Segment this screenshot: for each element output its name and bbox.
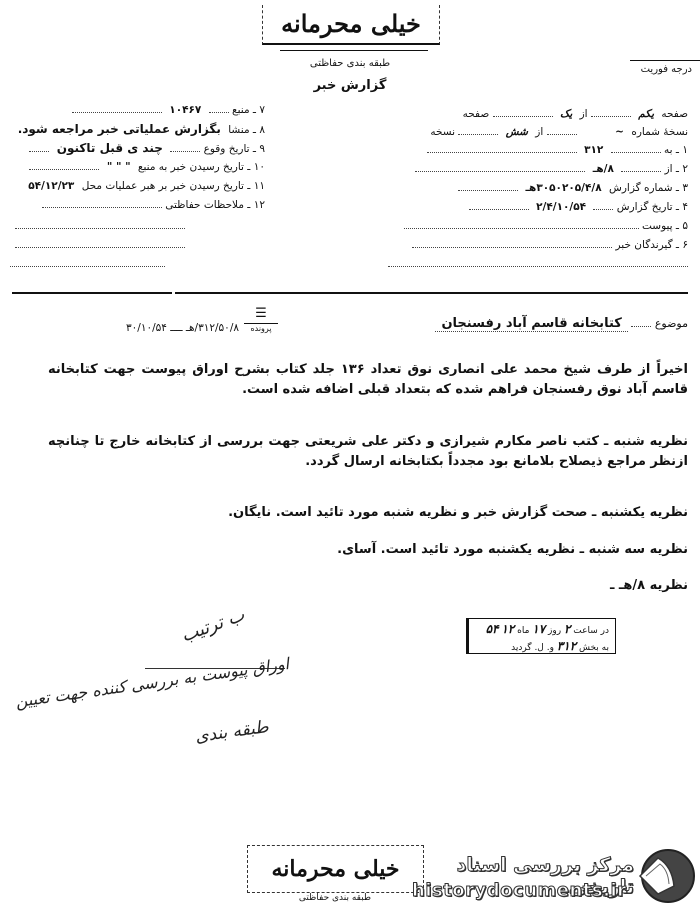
item-num: ۷ bbox=[259, 104, 265, 116]
classification-stamp-bottom: خیلی محرمانه bbox=[247, 845, 424, 893]
item-value: ۱۰۴۶۷ bbox=[165, 104, 205, 116]
dots bbox=[591, 106, 631, 117]
item-label: ملاحظات حفاظتی bbox=[165, 199, 244, 211]
copy-value-scribble: ~ bbox=[580, 124, 628, 140]
subject-label: موضوع bbox=[655, 317, 688, 330]
folder-box: ☰ پرونده bbox=[244, 306, 278, 333]
classification-subtitle-bottom: طبقه بندی حفاظتی bbox=[255, 893, 415, 903]
dots bbox=[458, 124, 498, 135]
item-label: منبع bbox=[232, 104, 250, 116]
folder-label: پرونده bbox=[244, 324, 278, 333]
item-label: تاریخ وقوع bbox=[204, 143, 250, 155]
item-num: ۴ bbox=[682, 201, 688, 213]
body-paragraph-5: نظریه ۸/هـ ـ bbox=[488, 576, 688, 596]
field-blank bbox=[10, 256, 165, 272]
dots bbox=[170, 141, 200, 152]
dots bbox=[611, 142, 661, 153]
item-num: ۱۰ bbox=[254, 161, 265, 173]
item-num: ۱ bbox=[682, 144, 688, 156]
item-num: ۱۱ bbox=[254, 180, 265, 192]
dots bbox=[415, 161, 585, 172]
item-label: منشا bbox=[228, 124, 249, 136]
subject-line: موضوع کتابخانه قاسم آباد رفسنجان bbox=[435, 316, 688, 331]
stamp-line-2: به بخش ۳۱۲ و. ل. گردید bbox=[475, 639, 609, 656]
dots bbox=[404, 218, 639, 229]
page-label: صفحه bbox=[661, 108, 688, 120]
classification-subtitle: طبقه بندی حفاظتی bbox=[270, 58, 430, 69]
dots bbox=[388, 256, 688, 267]
stamp-time-label: در ساعت bbox=[573, 626, 609, 636]
field-item-1: ۱ ـ به ۳۱۲ bbox=[427, 142, 688, 158]
item-value: ۳۱۲ bbox=[580, 144, 607, 156]
item-value: ۵۴/۱۲/۲۳ bbox=[24, 180, 78, 192]
item-value: ۲/۴/۱۰/۵۴ bbox=[532, 201, 590, 213]
page-value: یکم bbox=[634, 108, 658, 120]
field-item-3: ۳ ـ شماره گزارش ۳۰۵۰۲۰۵/۴/۸هـ bbox=[458, 180, 688, 196]
stamp-dept-label: به بخش bbox=[579, 643, 609, 653]
divider-left bbox=[12, 292, 172, 294]
copy-label: نسخهٔ شماره bbox=[631, 126, 688, 138]
field-item-8: ۸ ـ منشا بگزارش عملیاتی خبر مراجعه شود. bbox=[10, 121, 265, 137]
dots bbox=[15, 237, 185, 248]
handwritten-note-bottom: طبقه بندی bbox=[194, 717, 270, 747]
field-item-4: ۴ ـ تاریخ گزارش ۲/۴/۱۰/۵۴ bbox=[469, 199, 688, 215]
item-num: ۲ bbox=[682, 163, 688, 175]
stamp-time-value: ۲ bbox=[564, 622, 570, 636]
item-label: از bbox=[665, 163, 673, 175]
page-of: از bbox=[580, 108, 588, 120]
field-blank bbox=[388, 256, 688, 272]
dots bbox=[72, 102, 162, 113]
item-value: چند ی قبل تاکنون bbox=[53, 141, 167, 155]
dots bbox=[458, 180, 518, 191]
item-num: ۸ bbox=[259, 124, 265, 136]
handwritten-note-main: اوراق پیوست به بررسی کننده جهت تعیین bbox=[30, 654, 290, 709]
item-num: ۱۲ bbox=[254, 199, 265, 211]
dots bbox=[493, 106, 553, 117]
field-item-12: ۱۲ ـ ملاحظات حفاظتی bbox=[10, 197, 265, 213]
dots bbox=[593, 199, 613, 210]
body-paragraph-2: نظریه شنبه ـ کتب ناصر مکارم شیرازی و دکت… bbox=[48, 432, 688, 472]
stamp-line-1: در ساعت ۲ روز ۱۷ ماه ۱۲ ۵۴ bbox=[475, 622, 609, 639]
item-label: به bbox=[664, 144, 673, 156]
item-label: تاریخ گزارش bbox=[617, 201, 673, 213]
item-label: گیرندگان خبر bbox=[616, 239, 673, 251]
field-item-6: ۶ ـ گیرندگان خبر bbox=[412, 237, 688, 253]
item-num: ۵ bbox=[682, 220, 688, 232]
field-item-2: ۲ ـ از ۸/هـ bbox=[415, 161, 688, 177]
dots bbox=[469, 199, 529, 210]
copy-total: شش bbox=[502, 126, 532, 138]
item-label: شماره گزارش bbox=[609, 182, 673, 194]
item-label: پیوست bbox=[642, 220, 673, 232]
page-total: یک bbox=[556, 108, 576, 120]
copy-suffix: نسخه bbox=[430, 126, 455, 138]
dots bbox=[29, 159, 99, 170]
stamp-day-label: روز bbox=[548, 626, 561, 636]
dots bbox=[631, 316, 651, 327]
stamp-day-value: ۱۷ bbox=[532, 622, 545, 636]
watermark-url: historydocuments.ir bbox=[412, 880, 636, 901]
dots bbox=[29, 141, 49, 152]
divider-right bbox=[175, 292, 688, 294]
reference-number: ۳۱۲/۵۰/۸/هـ ــــ ۳۰/۱۰/۵۴ bbox=[14, 322, 239, 334]
subject-value: کتابخانه قاسم آباد رفسنجان bbox=[435, 316, 627, 332]
field-item-5: ۵ ـ پیوست bbox=[404, 218, 688, 234]
field-item-11: ۱۱ ـ تاریخ رسیدن خبر بر هبر عملیات محل ۵… bbox=[10, 178, 265, 194]
dots bbox=[547, 124, 577, 135]
receipt-stamp: در ساعت ۲ روز ۱۷ ماه ۱۲ ۵۴ به بخش ۳۱۲ و.… bbox=[466, 618, 616, 654]
page-suffix: صفحه bbox=[463, 108, 490, 120]
handwritten-note-top: ب ترتیب bbox=[178, 604, 247, 646]
field-blank bbox=[10, 218, 185, 234]
classification-underline bbox=[280, 50, 428, 51]
item-num: ۶ bbox=[682, 239, 688, 251]
dots bbox=[427, 142, 577, 153]
field-blank bbox=[10, 237, 185, 253]
item-label: تاریخ رسیدن خبر به منبع bbox=[138, 161, 244, 173]
report-title: گزارش خبر bbox=[285, 78, 415, 93]
dots bbox=[42, 197, 162, 208]
copy-of: از bbox=[535, 126, 543, 138]
folder-icon: ☰ bbox=[244, 306, 278, 324]
dots bbox=[209, 102, 229, 113]
urgency-rule bbox=[630, 60, 700, 61]
item-value: " " " bbox=[103, 161, 135, 173]
field-item-9: ۹ ـ تاریخ وقوع چند ی قبل تاکنون bbox=[10, 140, 265, 156]
item-num: ۹ bbox=[259, 143, 265, 155]
field-copy: نسخهٔ شماره ~ از شش نسخه bbox=[430, 124, 688, 140]
body-paragraph-3: نظریه یکشنبه ـ صحت گزارش خبر و نظریه شنب… bbox=[168, 503, 688, 523]
item-num: ۳ bbox=[682, 182, 688, 194]
classification-stamp-top: خیلی محرمانه bbox=[262, 5, 440, 45]
field-item-10: ۱۰ ـ تاریخ رسیدن خبر به منبع " " " bbox=[10, 159, 265, 175]
dots bbox=[621, 161, 661, 172]
stamp-month-label: ماه bbox=[517, 626, 529, 636]
urgency-label: درجه فوریت bbox=[610, 64, 692, 75]
stamp-dept-value: ۳۱۲ bbox=[557, 639, 576, 653]
archive-logo-icon bbox=[636, 846, 696, 906]
field-item-7: ۷ ـ منبع ۱۰۴۶۷ bbox=[10, 102, 265, 118]
dots bbox=[10, 256, 165, 267]
item-value: ۳۰۵۰۲۰۵/۴/۸هـ bbox=[521, 182, 605, 194]
body-paragraph-1: اخیراً از طرف شیخ محمد علی انصاری نوق تع… bbox=[48, 360, 688, 400]
dots bbox=[15, 218, 185, 229]
stamp-suffix: و. ل. گردید bbox=[511, 643, 554, 653]
field-page: صفحه یکم از یک صفحه bbox=[463, 106, 688, 122]
dots bbox=[412, 237, 612, 248]
body-paragraph-4: نظریه سه شنبه ـ نظریه یکشنبه مورد تائید … bbox=[288, 540, 688, 560]
item-value: ۸/هـ bbox=[589, 163, 618, 175]
item-label: تاریخ رسیدن خبر بر هبر عملیات محل bbox=[82, 180, 244, 192]
item-value: بگزارش عملیاتی خبر مراجعه شود. bbox=[14, 122, 225, 136]
stamp-month-value: ۱۲ bbox=[501, 622, 514, 636]
stamp-year-value: ۵۴ bbox=[486, 622, 499, 636]
